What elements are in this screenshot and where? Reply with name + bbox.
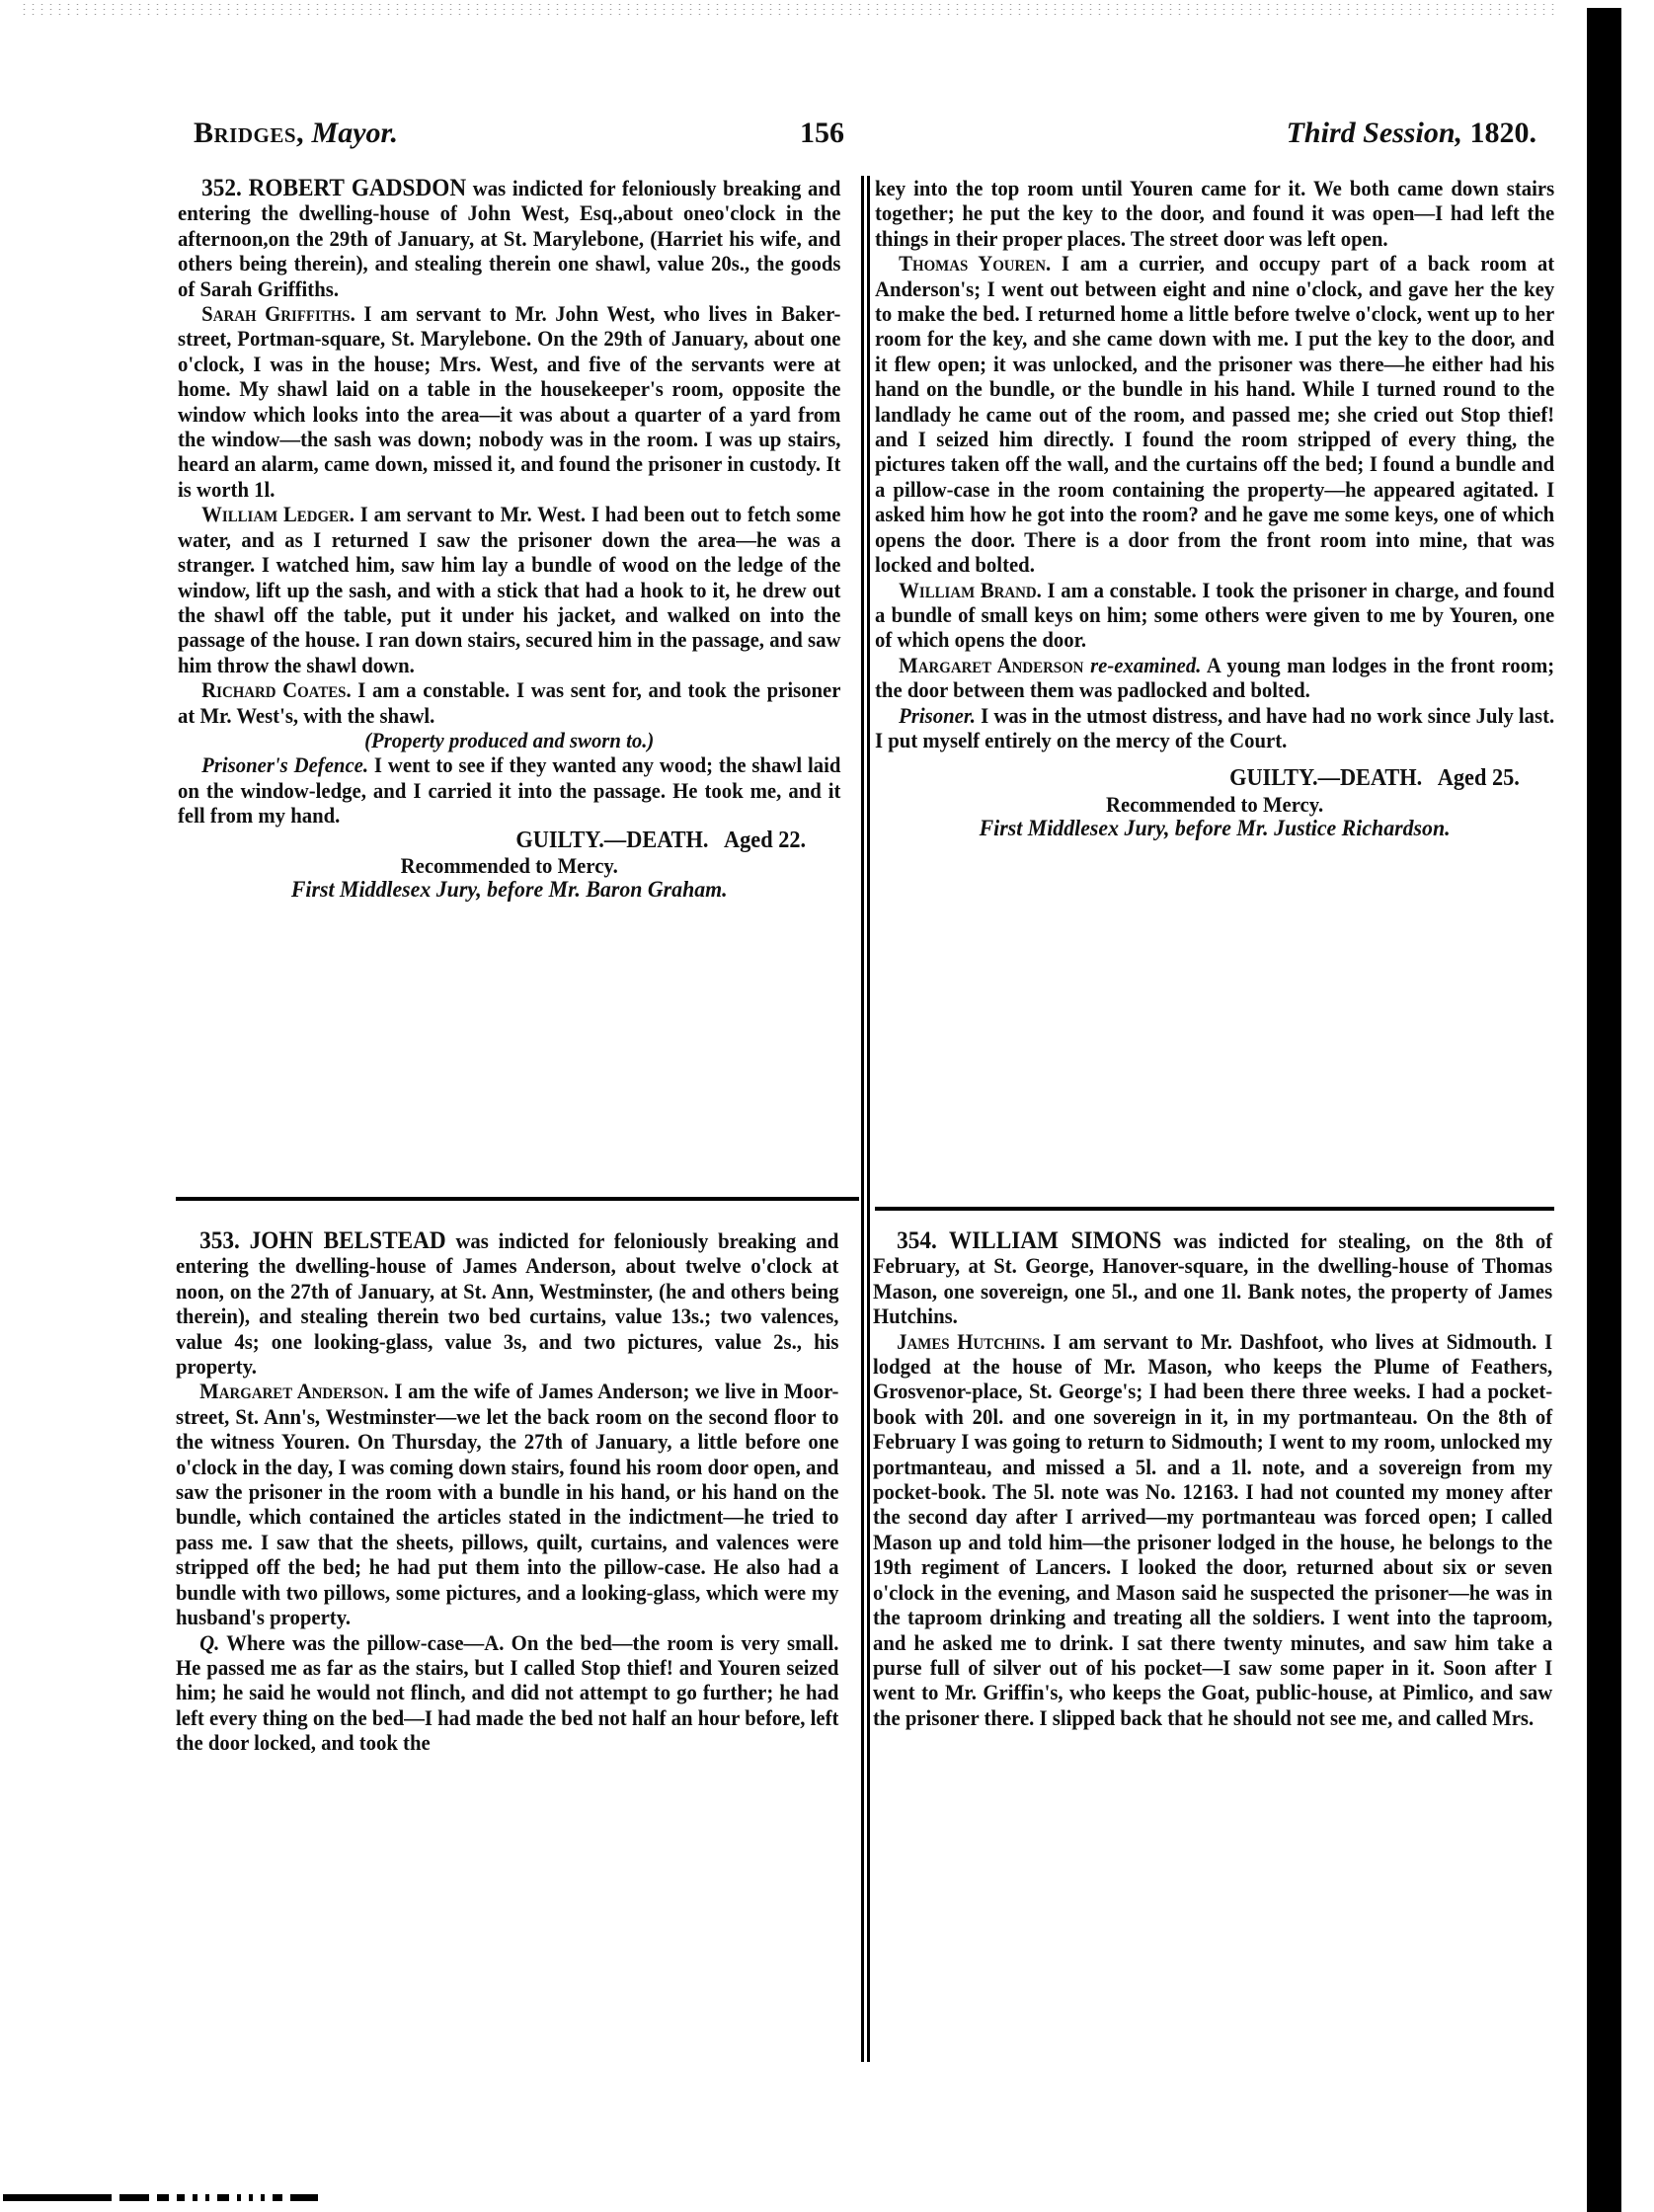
- testimony: Margaret Anderson. I am the wife of Jame…: [176, 1379, 838, 1629]
- prisoner-age: Aged 25.: [1438, 765, 1520, 791]
- scan-bottom-marks: [3, 2194, 326, 2202]
- witness-name: Richard Coates.: [201, 677, 351, 702]
- prisoner-defence: Prisoner. I was in the utmost distress, …: [875, 703, 1554, 753]
- testimony: Sarah Griffiths. I am servant to Mr. Joh…: [178, 301, 840, 502]
- defendant-name: JOHN BELSTEAD: [250, 1227, 446, 1254]
- testimony: William Brand. I am a constable. I took …: [875, 578, 1554, 653]
- testimony-continuation: key into the top room until Youren came …: [875, 176, 1554, 251]
- column-divider-left: [861, 176, 864, 2062]
- defendant-name: ROBERT GADSDON: [249, 175, 467, 201]
- court-note: (Property produced and sworn to.): [178, 728, 840, 752]
- testimony: William Ledger. I am servant to Mr. West…: [178, 502, 840, 677]
- page-number: 156: [800, 117, 844, 150]
- question-answer: Q. Where was the pillow-case—A. On the b…: [176, 1630, 838, 1756]
- verdict: GUILTY.—DEATH. Aged 22.: [178, 829, 840, 853]
- recommendation: Recommended to Mercy.: [875, 792, 1554, 817]
- testimony: Richard Coates. I am a constable. I was …: [178, 677, 840, 728]
- jury-line: First Middlesex Jury, before Mr. Baron G…: [178, 878, 840, 903]
- jury-line: First Middlesex Jury, before Mr. Justice…: [875, 817, 1554, 841]
- section-rule-right: [875, 1207, 1554, 1211]
- case-352: 352. ROBERT GADSDON was indicted for fel…: [178, 176, 840, 904]
- verdict: GUILTY.—DEATH. Aged 25.: [875, 766, 1554, 791]
- case-indictment: 353. JOHN BELSTEAD was indicted for felo…: [176, 1228, 838, 1379]
- section-rule-left: [176, 1197, 859, 1201]
- witness-name: Thomas Youren.: [899, 251, 1051, 276]
- testimony: Margaret Anderson re-examined. A young m…: [875, 653, 1554, 703]
- column-divider-right: [867, 176, 870, 2062]
- recommendation: Recommended to Mercy.: [178, 853, 840, 878]
- header-mayor: Bridges, Mayor.: [194, 117, 398, 150]
- witness-name: Margaret Anderson.: [199, 1379, 388, 1403]
- witness-name: James Hutchins.: [897, 1329, 1045, 1354]
- running-header: Bridges, Mayor. 156 Third Session, 1820.: [194, 117, 1536, 160]
- defendant-name: WILLIAM SIMONS: [949, 1227, 1161, 1254]
- scan-speckle-noise: [20, 2, 1560, 16]
- prisoner-age: Aged 22.: [724, 828, 806, 853]
- witness-name: William Brand.: [899, 578, 1042, 602]
- witness-name: Margaret Anderson: [899, 653, 1083, 677]
- case-353: 353. JOHN BELSTEAD was indicted for felo…: [176, 1228, 838, 1756]
- witness-name: William Ledger.: [201, 502, 354, 526]
- witness-name: Sarah Griffiths.: [201, 301, 355, 326]
- header-session: Third Session, 1820.: [1287, 117, 1536, 150]
- case-354: 354. WILLIAM SIMONS was indicted for ste…: [873, 1228, 1552, 1730]
- prisoner-defence: Prisoner's Defence. I went to see if the…: [178, 752, 840, 828]
- scan-binding-edge: [1587, 8, 1621, 2212]
- case-indictment: 352. ROBERT GADSDON was indicted for fel…: [178, 176, 840, 301]
- testimony: Thomas Youren. I am a currier, and occup…: [875, 251, 1554, 577]
- case-indictment: 354. WILLIAM SIMONS was indicted for ste…: [873, 1228, 1552, 1329]
- case-353-continued: key into the top room until Youren came …: [875, 176, 1554, 842]
- testimony: James Hutchins. I am servant to Mr. Dash…: [873, 1329, 1552, 1731]
